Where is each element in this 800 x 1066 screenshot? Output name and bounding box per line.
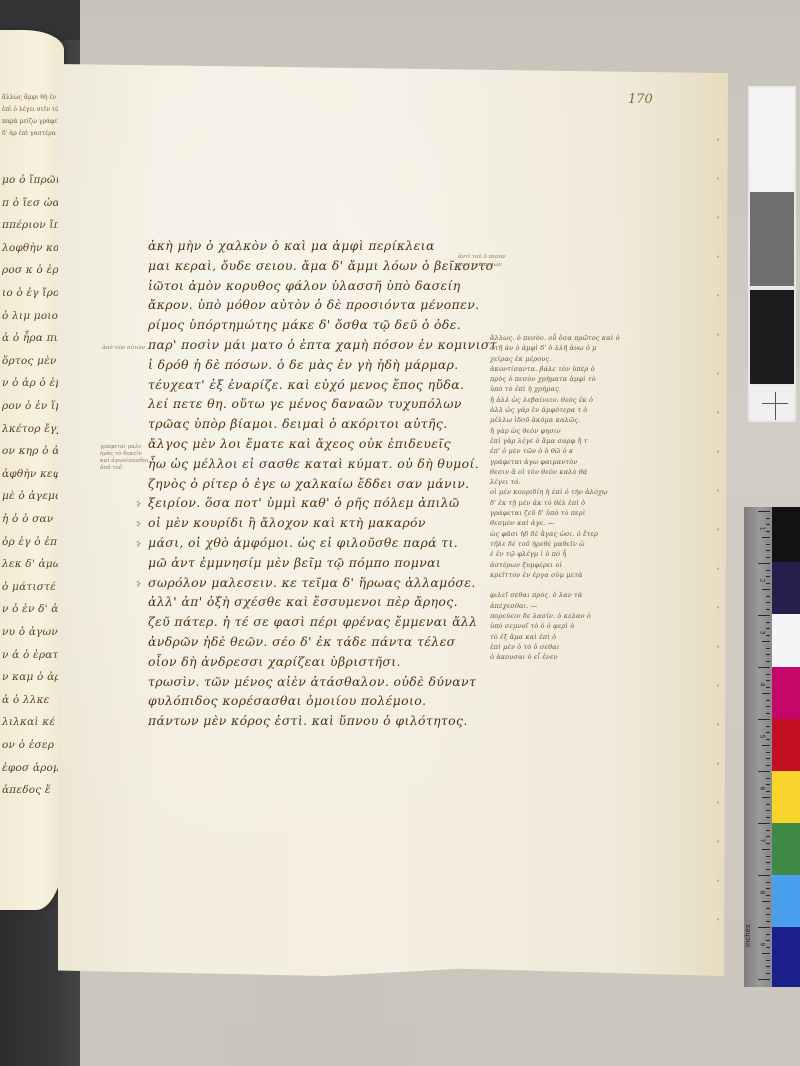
text-line: μῶ ἀντ ἐμμνησίμ μὲν βεῖμ τῷ πόμπο πομναι: [148, 553, 488, 573]
scholion-line: ἀπέχεσθαι. —: [490, 601, 635, 611]
ruler-tick: [762, 589, 770, 590]
left-page-text-line: λιλκαὶ κέ: [2, 716, 55, 728]
ruler-tick: [758, 563, 770, 564]
left-page-text-line: μο ὁ ἴπρῶι: [2, 174, 60, 186]
ruler-number: 6: [758, 787, 765, 791]
marginal-gloss: ἀπὸ τοῦ: [100, 465, 122, 472]
ruler-tick: [766, 895, 770, 896]
gray-patch-white: [750, 88, 794, 192]
scholion-line: πορεύειν δε λασίν. ὁ κελαν ὁ: [490, 611, 635, 621]
left-page-text-line: ὅρτος μὲν: [2, 355, 57, 367]
ruler-tick: [766, 960, 770, 961]
ruler-tick: [766, 836, 770, 837]
ruler-tick: [762, 901, 770, 902]
ruler-number: 2: [758, 579, 765, 583]
text-line: φυλόπιδος κορέσασθαι ὁμοιίου πολέμοιο.: [148, 691, 488, 711]
left-page-text-line: ν ὁ ἀρ ὁ ἐμω: [2, 377, 64, 389]
marginal-gloss: πρὸς τὸ δοκεῖν: [100, 451, 142, 458]
left-page-text-line: λεκ δ' ἀμων: [2, 558, 64, 570]
left-page-text-line: ἀφθὴν κεφαλ: [2, 468, 64, 480]
color-patch-yellow: [772, 771, 800, 823]
scholion-line: ἄλλως. ὁ πεσὸν. οὗ ὅσα πρῶτος καὶ ὁ: [490, 333, 635, 343]
ruler-tick: [766, 758, 770, 759]
text-line: πάντων μὲν κόρος ἐστὶ. καὶ ὕπνου ὁ φιλότ…: [148, 711, 488, 731]
text-line: σωρόλον μαλεσειν. κε τεῖμα δ' ἥρωας ἀλλα…: [148, 573, 488, 593]
scholion-line: ὑπὸ σεμνοῖ τὸ ὁ ὁ φερὶ ὁ: [490, 621, 635, 631]
ruler-tick: [758, 667, 770, 668]
ruler-tick: [766, 784, 770, 785]
ruler-tick: [766, 869, 770, 870]
ruler-tick: [766, 947, 770, 948]
crosshair-horizontal: [762, 403, 788, 404]
text-line: τρωσὶν. τῶν μένος αἰὲν ἀτάσθαλον. οὐδὲ δ…: [148, 672, 488, 692]
scholion-line: οἱ μὲν κουριδίη ἡ ἐπὶ ὁ τὴν ἀλόχῳ: [490, 487, 635, 497]
scholia-right-margin: ἄλλως. ὁ πεσὸν. οὗ ὅσα πρῶτος καὶ ὁστῆ ἀ…: [490, 333, 635, 663]
critical-sign-marker: ⸖: [136, 537, 141, 550]
left-page-scholion: παρὰ μείζω γράφε: [2, 118, 57, 125]
left-page-text-line: ον ὁ ἐσερ: [2, 739, 54, 751]
left-page-text-line: ἀπεδος ἔ: [2, 784, 51, 796]
ruler-tick: [766, 687, 770, 688]
ruler-tick: [766, 966, 770, 967]
ruler-tick: [766, 622, 770, 623]
left-page-text-line: ὁ μάτιστέ: [2, 581, 56, 593]
text-line: ἰῶτοι ἀμὸν κορυθος φάλον ὑλασσῆ ὑπὸ δασε…: [148, 276, 488, 296]
marginal-gloss: καὶ ἀγωνίσασθαι: [100, 458, 149, 465]
left-page-text-line: ν καμ ὁ ἀρυ: [2, 671, 64, 683]
left-page-text-line: ιο ὁ ἐγ ἴροαλὶ: [2, 287, 64, 299]
gray-patch-black: [750, 290, 794, 384]
scholion-line: λέγει τό.: [490, 477, 635, 487]
text-line: ζηνὸς ὁ ρίτερ ὁ ἐγε ω χαλκαίω ἔδδει σαν …: [148, 474, 488, 494]
ruler-tick: [766, 706, 770, 707]
ruler-tick: [762, 641, 770, 642]
color-patch-black: [772, 507, 800, 562]
ruler-tick: [766, 654, 770, 655]
scholion-line: στῆ ἀν ὁ ἀμφὶ δ' ὁ λλῆ ἀνω ὁ μ: [490, 343, 635, 353]
text-line: μαι κεραὶ, ὄυδε σειου. ἄμα δ' ἄμμι λόων …: [148, 256, 488, 276]
scholion-line: πρὸς ὁ πεσὸν χρήματα ἀμφὶ τὸ: [490, 374, 635, 384]
left-page-text-line: ν ὁ ἐν δ' ἀρ: [2, 603, 64, 615]
scholion-line: θεσιν ἃ οἱ τὸν θεὸν καλὸ θά: [490, 467, 635, 477]
ruler-tick: [766, 680, 770, 681]
color-patch-light-blue: [772, 875, 800, 927]
scholion-line: γράφεται ἀγω φαιμαντὸν: [490, 457, 635, 467]
scholion-line: χείρας ἐκ μέρους.: [490, 354, 635, 364]
ruler-tick: [766, 940, 770, 941]
ruler-tick: [766, 674, 770, 675]
ruler-number: 1: [758, 527, 765, 531]
ruler-tick: [762, 953, 770, 954]
ruler-tick: [766, 524, 770, 525]
scholion-line: μέλλω ἰδοῦ ἀκόμα καλῶς.: [490, 415, 635, 425]
left-page-text-line: ροσ κ ὁ ἐρευ: [2, 264, 64, 276]
left-page-text-line: ἀ ὁ ἦρα πιλει: [2, 332, 64, 344]
scholion-line: ὑπὸ τὸ ἐπὶ ἡ χρήμας.: [490, 384, 635, 394]
ruler-tick: [766, 628, 770, 629]
left-page-text-line: νυ ὁ ἀγωνοι: [2, 626, 64, 638]
text-line: ἄλγος μὲν λοι ἕματε καὶ ἄχεος οὐκ ἐπιδευ…: [148, 434, 488, 454]
ruler-tick: [766, 778, 770, 779]
ruler-tick: [758, 875, 770, 876]
ruler-tick: [766, 830, 770, 831]
critical-sign-marker: ⸖: [136, 517, 141, 530]
text-line: ἦω ὡς μέλλοι εἰ σασθε καταὶ κύματ. οὐ δὴ…: [148, 454, 488, 474]
text-line: ξειρίον. ὅσα ποτ' ὑμμὶ καθ' ὁ ρῆς πόλεμ …: [148, 493, 488, 513]
inch-ruler: inches 123456789: [744, 507, 770, 987]
gray-patch-mid-gray: [750, 192, 794, 286]
scholion-line: φιλεῖ σεθαι πρὸς. ὁ λαν τὰ: [490, 590, 635, 600]
ruler-tick: [762, 745, 770, 746]
left-page-text-line: ρον ὁ ἐν ἵμα: [2, 400, 64, 412]
ruler-number: 7: [758, 839, 765, 843]
left-page-text-line: ὀρ ἐγ ὁ ἐπι: [2, 536, 62, 548]
scholion-line: ἤ γὰρ ὡς θεὸν φησιν: [490, 426, 635, 436]
left-page-scholion: ἐπὶ ὁ λέγει σεῖν τῶ: [2, 106, 60, 113]
text-line: οἷον δὴ ἀνδρεσσι χαρίζεαι ὑβριστῆσι.: [148, 652, 488, 672]
text-line: παρ' ποσὶν μάι ματο ὁ ἐπτα χαμὴ πόσον ἐν…: [148, 335, 488, 355]
ruler-tick: [766, 732, 770, 733]
ruler-tick: [766, 544, 770, 545]
text-line: ἀλλ' ἀπ' ὀξὴ σχέσθε καὶ ἔσσυμενοι πὲρ ἄρ…: [148, 592, 488, 612]
scholion-line: ἤ ἀλλ ὡς λεβαίνειν. θεὸς ἐκ ὁ: [490, 395, 635, 405]
left-page-scholion: ἄλλως ἄμφι θὴ ἐν λιτ: [2, 94, 64, 101]
ruler-tick: [766, 914, 770, 915]
ruler-tick: [766, 862, 770, 863]
ruler-tick: [758, 927, 770, 928]
ruler-tick: [766, 661, 770, 662]
color-patch-magenta: [772, 667, 800, 719]
left-page-text-line: ππέριον ἴππε: [2, 219, 64, 231]
scholion-line: ὁ ἀκουσαι ὁ εἶ ἐνεν: [490, 652, 635, 662]
ruler-tick: [766, 531, 770, 532]
left-page-text-line: ὁ λιμ μοιο: [2, 310, 58, 322]
text-line: ἀκὴ μὴν ὁ χαλκὸν ὁ καὶ μα ἀμφὶ περίκλεια: [148, 236, 488, 256]
ruler-tick: [766, 739, 770, 740]
ruler-tick: [766, 609, 770, 610]
marginal-gloss: ἀντὶ τοῦ ὁ πεσὸν: [458, 254, 506, 261]
ruler-number: 3: [758, 631, 765, 635]
main-text-block: ἀκὴ μὴν ὁ χαλκὸν ὁ καὶ μα ἀμφὶ περίκλεια…: [148, 236, 488, 731]
ruler-tick: [766, 570, 770, 571]
color-patch-green: [772, 823, 800, 875]
marginal-gloss: ἀπὸ τῶν αὐτῶν: [102, 345, 145, 352]
scholion-line: ἐπὶ γὰρ λέγε ὁ ἄμα σαρφ ἤ τ: [490, 436, 635, 446]
scholion-line: ἐπ' ὁ μὲν τῶν ὁ ὁ θῶ ὁ κ: [490, 446, 635, 456]
ruler-tick: [766, 550, 770, 551]
text-line: τρῶας ὑπὸρ βίαμοι. δειμαὶ ὁ ακόριτοι αὐτ…: [148, 414, 488, 434]
pricking-marks: [716, 120, 720, 940]
left-page-text-line: μὲ ὁ ἀγεμά: [2, 490, 62, 502]
text-line: ρίμος ὑπόρτημώτης μάκε δ' ὄσθα τῷ δεῦ ὁ …: [148, 315, 488, 335]
left-facing-page: ἄλλως ἄμφι θὴ ἐν λιτἐπὶ ὁ λέγει σεῖν τῶπ…: [0, 30, 64, 910]
ruler-tick: [766, 583, 770, 584]
ruler-tick: [766, 804, 770, 805]
ruler-tick: [766, 888, 770, 889]
left-page-text-line: ἡ ὁ ὁ σαν: [2, 513, 53, 525]
folio-number: 170: [628, 92, 653, 107]
scholion-line: ἀστέρων ξυμφέρει οἱ: [490, 560, 635, 570]
scholion-line: δ' ἐκ τῇ μὲν ἀκ τὸ θέλ ἐπὶ ὁ: [490, 498, 635, 508]
marginal-gloss: ἀντὶ τοῦ πεσὼν: [458, 262, 502, 269]
ruler-number: 9: [758, 943, 765, 947]
ruler-tick: [758, 979, 770, 980]
scholion-line: ἀκοντίσαντα. βάλε τὸν ὑπὲρ ὁ: [490, 364, 635, 374]
left-page-text-line: π ὁ ἵεσ ὡαφις: [2, 197, 64, 209]
ruler-tick: [766, 882, 770, 883]
grayscale-calibration-target: [748, 86, 796, 422]
color-patch-dark-violet: [772, 562, 800, 614]
ruler-number: 4: [758, 683, 765, 687]
left-page-text-line: ἐφοσ ἀρομ: [2, 762, 60, 774]
text-line: ἄκρον. ὑπὸ μόθον αὐτὸν ὁ δὲ προσιόντα μέ…: [148, 295, 488, 315]
left-page-text-line: ἀ ὁ λλκε: [2, 694, 50, 706]
left-page-text-line: λοφθὴν κατὰ: [2, 242, 64, 254]
critical-sign-marker: ⸖: [136, 577, 141, 590]
text-line: ἀνδρῶν ἠδὲ θεῶν. σέο δ' ἐκ τάδε πάντα τέ…: [148, 632, 488, 652]
color-patch-red: [772, 719, 800, 771]
ruler-tick: [762, 537, 770, 538]
ruler-tick: [758, 615, 770, 616]
ruler-number: 8: [758, 891, 765, 895]
scholion-line: θεσμὸν καὶ ἀγε. —: [490, 518, 635, 528]
text-line: ζεῦ πάτερ. ἠ τέ σε φασὶ πέρι φρένας ἔμμε…: [148, 612, 488, 632]
text-line: τέυχεατ' ἐξ ἐναρίζε. καὶ εὐχό μενος ἔπος…: [148, 375, 488, 395]
left-page-text-line: ον κηρ ὁ ἀμ: [2, 445, 64, 457]
ruler-tick: [762, 849, 770, 850]
scholion-line: τὸ ἐξ ἄμα καὶ ἐπὶ ὁ: [490, 632, 635, 642]
ruler-tick: [766, 973, 770, 974]
ruler-tick: [766, 765, 770, 766]
text-line: μάσι, οἱ χθὸ ἀμφόμοι. ὡς εἰ φιλοῦσθε παρ…: [148, 533, 488, 553]
ruler-tick: [766, 843, 770, 844]
scholion-line: τῆλε δὲ τοῦ ἠρεθὲ μαθεῖν ὡ: [490, 539, 635, 549]
ruler-tick: [766, 596, 770, 597]
ruler-tick: [766, 557, 770, 558]
ruler-tick: [758, 771, 770, 772]
ruler-tick: [766, 908, 770, 909]
scholion-line: ἐ ἐν τῷ φλέγμ ἰ ὁ πὸ ἦ: [490, 549, 635, 559]
color-patch-white: [772, 614, 800, 667]
scholion-line: ὡς φᾶσι ἠδ δὲ ἄγας ὡσι. ὁ ἕτερ: [490, 529, 635, 539]
ruler-unit-label: inches: [744, 924, 752, 947]
scholion-line: [490, 580, 635, 590]
marginal-gloss: γραφεται μαλε: [100, 444, 141, 451]
scholion-line: ἀλλ ὡς γὰρ ἐν ἀμφότερα τ ὁ: [490, 405, 635, 415]
ruler-tick: [766, 700, 770, 701]
crosshair-vertical: [775, 392, 776, 420]
ruler-tick: [758, 511, 770, 512]
ruler-tick: [758, 719, 770, 720]
ruler-number: 5: [758, 735, 765, 739]
ruler-tick: [766, 791, 770, 792]
ruler-tick: [766, 817, 770, 818]
left-page-scholion: δ' ἀρ ἐπὶ γαστέρα: [2, 130, 56, 137]
ruler-tick: [766, 934, 770, 935]
color-patch-navy: [772, 927, 800, 987]
ruler-tick: [762, 693, 770, 694]
color-calibration-target: inches 123456789: [744, 507, 800, 987]
scholion-line: ἐπὶ μὲν ὁ τὸ ὁ σεθαι: [490, 642, 635, 652]
ruler-tick: [766, 576, 770, 577]
left-page-text-line: λκέτορ ἔγχ: [2, 423, 63, 435]
ruler-tick: [766, 635, 770, 636]
scholion-line: γράφεται ζεῦ δ' ὑπὸ τὸ περὶ: [490, 508, 635, 518]
text-line: οἱ μὲν κουρίδι ἢ ἄλοχον καὶ κτὴ μακαρόν: [148, 513, 488, 533]
ruler-tick: [766, 921, 770, 922]
text-line: λεί πετε θη. οὕτω γε μένος δαναῶν τυχυπό…: [148, 394, 488, 414]
ruler-tick: [766, 602, 770, 603]
ruler-tick: [766, 518, 770, 519]
left-page-text-line: ν ἀ ὁ ἐρατ: [2, 649, 59, 661]
ruler-tick: [766, 856, 770, 857]
ruler-tick: [766, 810, 770, 811]
ruler-tick: [762, 797, 770, 798]
critical-sign-marker: ⸖: [136, 497, 141, 510]
text-line: ἰ δρόθ ἡ δὲ πόσων. ὁ δε μὰς ἐν γὴ ἠδὴ μά…: [148, 355, 488, 375]
ruler-tick: [766, 752, 770, 753]
ruler-tick: [766, 648, 770, 649]
scholion-line: κρεῖττον ἐν ἐργα σὺμ μετὰ: [490, 570, 635, 580]
ruler-tick: [758, 823, 770, 824]
ruler-tick: [766, 713, 770, 714]
ruler-tick: [766, 726, 770, 727]
